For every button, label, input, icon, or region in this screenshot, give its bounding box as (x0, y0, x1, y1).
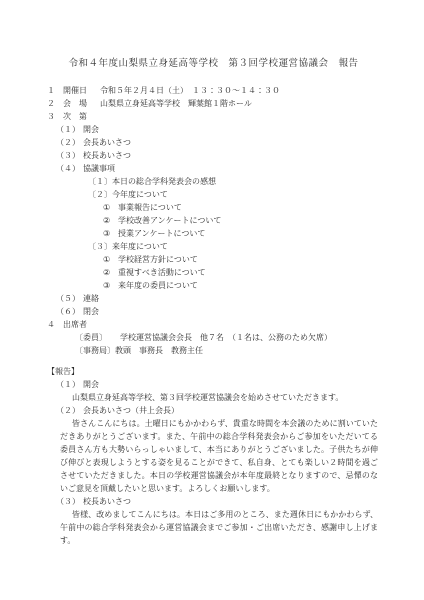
document-title: 令和４年度山梨県立身延高等学校 第３回学校運営協議会 報告 (47, 58, 380, 71)
agenda-subitem-marker: 〔１〕 (88, 175, 112, 188)
report-heading: 【報告】 (47, 365, 380, 378)
agenda-item: （４）協議事項 (47, 162, 380, 175)
agenda-subsubitem: ③授業アンケートについて (47, 227, 380, 240)
report-section-marker: （２） (56, 404, 83, 417)
agenda-item-text: 協議事項 (83, 164, 115, 173)
agenda-item-text: 会長あいさつ (83, 138, 131, 147)
agenda-subsubitem-text: 学校経営方針について (118, 255, 198, 264)
circled-number-marker: ① (103, 253, 118, 266)
agenda-item-marker: （２） (56, 136, 83, 149)
report-section-marker: （１） (56, 378, 83, 391)
agenda-item: （１）開会 (47, 123, 380, 136)
attendees-number: ４ (47, 318, 63, 331)
agenda-item: （５）連絡 (47, 292, 380, 305)
agenda-item: （３）校長あいさつ (47, 149, 380, 162)
agenda-item-text: 連絡 (83, 294, 99, 303)
attendees-committee-text: 学校運営協議会会長 他７名 （１名は、公務のため欠席） (120, 333, 332, 342)
agenda-subsubitem: ①学校経営方針について (47, 253, 380, 266)
agenda-subitem-text: 今年度について (112, 190, 168, 199)
report-section-title-text: 会長あいさつ（井上会長） (83, 406, 179, 415)
agenda-subsubitem-text: 来年度の委員について (118, 281, 198, 290)
info-value-date: 令和５年２月４日（土） １３：３０～１４：３０ (100, 86, 280, 95)
agenda-item-marker: （１） (56, 123, 83, 136)
report-section-title-text: 校長あいさつ (83, 497, 131, 506)
info-label-date: 開催日 (63, 84, 100, 97)
attendees-office-text: 教頭 事務長 教務主任 (115, 346, 203, 355)
agenda-item-marker: （６） (56, 305, 83, 318)
agenda-item: （２）会長あいさつ (47, 136, 380, 149)
report-section-body: 山梨県立身延高等学校、第３回学校運営協議会を始めさせていただきます。 (60, 391, 378, 404)
info-number: １ (47, 84, 63, 97)
agenda-item: （６）閉会 (47, 305, 380, 318)
circled-number-marker: ② (103, 266, 118, 279)
agenda-subitem-marker: 〔２〕 (88, 188, 112, 201)
agenda-subsubitem-text: 学校改善アンケートについて (118, 216, 221, 225)
attendees-committee-line: 〔委員〕学校運営協議会会長 他７名 （１名は、公務のため欠席） (47, 331, 380, 344)
agenda-header: ３次 第 (47, 110, 380, 123)
agenda-item-marker: （５） (56, 292, 83, 305)
report-section-title: （３）校長あいさつ (47, 495, 380, 508)
agenda-subitem: 〔１〕本日の総合学科発表会の感想 (47, 175, 380, 188)
circled-number-marker: ③ (103, 279, 118, 292)
agenda-item-text: 開会 (83, 125, 99, 134)
agenda-subsubitem: ③来年度の委員について (47, 279, 380, 292)
agenda-subsubitem-text: 授業アンケートについて (118, 229, 205, 238)
agenda-item-marker: （４） (56, 162, 83, 175)
attendees-office-marker: 〔事務局〕 (75, 346, 115, 355)
agenda-subitem-text: 本日の総合学科発表会の感想 (112, 177, 216, 186)
circled-number-marker: ② (103, 214, 118, 227)
circled-number-marker: ③ (103, 227, 118, 240)
report-section-body: 皆さんこんにちは。土曜日にもかかわらず、貴重な時間を本会議のために割いていただき… (60, 417, 378, 495)
attendees-committee-marker: 〔委員〕 (75, 333, 107, 342)
agenda-subitem-marker: 〔３〕 (88, 240, 112, 253)
attendees-office-line: 〔事務局〕教頭 事務長 教務主任 (47, 344, 380, 357)
agenda-item-text: 校長あいさつ (83, 151, 131, 160)
agenda-item-text: 閉会 (83, 307, 99, 316)
agenda-subitem-text: 来年度について (112, 242, 168, 251)
attendees-label: 出席者 (63, 320, 87, 329)
report-section-title: （２）会長あいさつ（井上会長） (47, 404, 380, 417)
report-section-title-text: 開会 (83, 380, 99, 389)
info-value-venue: 山梨県立身延高等学校 輝葉館１階ホール (100, 99, 252, 108)
agenda-subsubitem: ①事業報告について (47, 201, 380, 214)
circled-number-marker: ① (103, 201, 118, 214)
attendees-header: ４出席者 (47, 318, 380, 331)
agenda-subsubitem: ②重視すべき活動について (47, 266, 380, 279)
agenda-label: 次 第 (63, 110, 100, 123)
agenda-subsubitem: ②学校改善アンケートについて (47, 214, 380, 227)
agenda-item-marker: （３） (56, 149, 83, 162)
report-section-title: （１）開会 (47, 378, 380, 391)
info-label-venue: 会 場 (63, 97, 100, 110)
agenda-subitem: 〔３〕来年度について (47, 240, 380, 253)
report-section-body: 皆様、改めましてこんにちは。本日はご多用のところ、また週休日にもかかわらず、午前… (60, 508, 378, 547)
agenda-number: ３ (47, 110, 63, 123)
agenda-subsubitem-text: 事業報告について (118, 203, 182, 212)
agenda-subsubitem-text: 重視すべき活動について (118, 268, 206, 277)
info-row-venue: ２会 場山梨県立身延高等学校 輝葉館１階ホール (47, 97, 380, 110)
info-number: ２ (47, 97, 63, 110)
agenda-subitem: 〔２〕今年度について (47, 188, 380, 201)
info-row-date: １開催日令和５年２月４日（土） １３：３０～１４：３０ (47, 84, 380, 97)
report-section-marker: （３） (56, 495, 83, 508)
report-document-page: 令和４年度山梨県立身延高等学校 第３回学校運営協議会 報告 １開催日令和５年２月… (0, 0, 424, 600)
